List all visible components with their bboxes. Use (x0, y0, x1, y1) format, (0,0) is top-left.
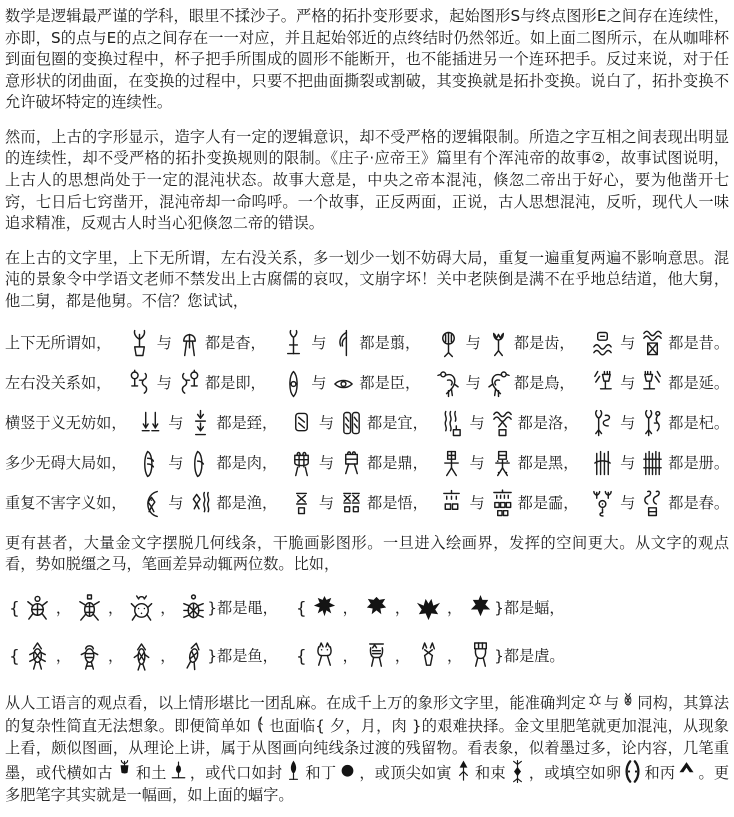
glyph-separator: ， (343, 598, 358, 620)
pair-result: 都是杳， (205, 333, 266, 355)
paragraph-conclusion: 从人工语言的观点看，以上情形堪比一团乱麻。在成千上万的象形文字里，能准确判定与同… (5, 691, 729, 807)
oracle-glyph-ling-1 (440, 488, 463, 520)
glyph-separator: ， (343, 646, 358, 668)
oracle-glyph-jian-1 (282, 328, 305, 360)
oracle-glyph-xi-2 (641, 328, 664, 360)
glyph-separator: ， (108, 598, 123, 620)
oracle-glyph-hei-1 (440, 448, 463, 480)
pair-separator: 与 (311, 333, 326, 355)
glyph-separator: ， (56, 598, 71, 620)
pair-separator: 与 (620, 373, 635, 395)
pair-separator: 与 (620, 453, 635, 475)
oracle-glyph-xi-1 (591, 328, 614, 360)
oracle-glyph-hu-2 (363, 640, 390, 673)
oracle-glyph-bat-4 (467, 592, 494, 625)
pair-result: 都是臸， (216, 413, 277, 435)
glyph-pair: 与都是册。 (591, 448, 729, 480)
oracle-glyph-chi-2 (487, 328, 510, 360)
text-run: 和丁 (305, 764, 336, 782)
pair-separator: 与 (620, 333, 635, 355)
oracle-glyph-luo-2 (491, 408, 514, 440)
glyph-pair: 与都是即， (128, 368, 266, 400)
oracle-glyph-ding-2 (340, 448, 363, 480)
row-label: 重复不害字义如， (5, 493, 127, 515)
oracle-glyph-ding-fat (338, 759, 357, 784)
row-label: 左右没关系如， (5, 373, 111, 395)
pair-separator: 与 (319, 493, 334, 515)
text-run: ，或顶尖如寅 (359, 764, 452, 782)
open-brace: { (9, 645, 20, 669)
oracle-glyph-moon (253, 714, 267, 735)
pair-result: 都是鼎， (367, 453, 428, 475)
glyph-pair: 与都是霝， (440, 488, 578, 520)
row-label: 上下无所谓如， (5, 333, 111, 355)
oracle-glyph-hu-1 (311, 640, 338, 673)
glyph-pair: 与都是春。 (591, 488, 729, 520)
pair-separator: 与 (157, 373, 172, 395)
open-brace: { (296, 645, 307, 669)
pair-separator: 与 (620, 493, 635, 515)
text-run: 与 (604, 694, 619, 712)
glyph-separator: ， (160, 646, 175, 668)
set-result: }都是虘。 (494, 646, 564, 668)
glyph-separator: ， (447, 646, 462, 668)
oracle-glyph-bing-fat (677, 759, 696, 784)
paragraph-zhuangzi: 然而，上古的字形显示，造字人有一定的逻辑意识，却不受严格的逻辑限制。所造之字互相… (5, 127, 729, 235)
oracle-glyph-tu-fat (169, 759, 188, 784)
open-brace: { (9, 597, 20, 621)
oracle-glyph-yao-2 (178, 328, 201, 360)
oracle-glyph-frog-3 (128, 592, 155, 625)
pair-result: 都是渔， (216, 493, 277, 515)
pair-separator: 与 (469, 413, 484, 435)
oracle-variant-row: 左右没关系如，与都是即，与都是臣，与都是鳥，与都是延。 (5, 366, 729, 403)
glyph-pair: 与都是黑， (440, 448, 578, 480)
oracle-glyph-chen-1 (282, 368, 305, 400)
oracle-glyph-chen-2 (332, 368, 355, 400)
glyph-pair: 与都是臸， (139, 408, 277, 440)
oracle-glyph-yu-2 (189, 488, 212, 520)
glyph-pair: 与都是肉， (139, 448, 277, 480)
set-result: }都是黽， (207, 598, 277, 620)
oracle-glyph-chi-1 (437, 328, 460, 360)
oracle-glyph-fish-4 (180, 640, 207, 673)
text-run: ，或填空如卵 (529, 764, 622, 782)
oracle-glyph-fish-3 (128, 640, 155, 673)
glyph-pair: 与都是延。 (591, 368, 729, 400)
pair-result: 都是翦， (359, 333, 420, 355)
pair-separator: 与 (319, 413, 334, 435)
pair-result: 都是臣， (359, 373, 420, 395)
pair-result: 都是宜， (367, 413, 428, 435)
glyph-pair: 与都是昔。 (591, 328, 729, 360)
oracle-glyph-rou-1 (139, 448, 162, 480)
paragraph-topology: 数学是逻辑最严谨的学科，眼里不揉沙子。严格的拓扑变形要求，起始图形S与终点图形E… (5, 6, 729, 114)
oracle-glyph-yan-2 (641, 368, 664, 400)
oracle-variant-row: 横竖于义无妨如，与都是臸，与都是宜，与都是洛，与都是杞。 (5, 406, 729, 443)
oracle-variant-row: 多少无碍大局如，与都是肉，与都是鼎，与都是黑，与都是册。 (5, 446, 729, 483)
oracle-glyph-frog-2 (76, 592, 103, 625)
oracle-glyph-ce-1 (591, 448, 614, 480)
oracle-glyph-yin-fat (454, 759, 473, 784)
pair-result: 都是霝， (518, 493, 579, 515)
oracle-glyph-ling-2 (491, 488, 514, 520)
oracle-glyph-wu-1 (290, 488, 313, 520)
glyph-separator: ， (395, 646, 410, 668)
glyph-separator: ， (447, 598, 462, 620)
pair-result: 都是册。 (668, 453, 729, 475)
pair-separator: 与 (311, 373, 326, 395)
oracle-glyph-ding-1 (290, 448, 313, 480)
oracle-glyph-fish-1 (24, 640, 51, 673)
text-run: 从人工语言的观点看，以上情形堪比一团乱麻。在成千上万的象形文字里，能准确判定 (5, 694, 586, 712)
oracle-glyph-zhi-1 (139, 408, 162, 440)
oracle-glyph-rou-2 (189, 448, 212, 480)
glyph-pair: 与都是杳， (128, 328, 266, 360)
pair-result: 都是悟， (367, 493, 428, 515)
set-result: }都是鱼， (207, 646, 277, 668)
pair-result: 都是即， (205, 373, 266, 395)
glyph-pair: 与都是悟， (290, 488, 428, 520)
oracle-glyph-luan-fat (623, 759, 642, 784)
glyph-separator: ， (395, 598, 410, 620)
glyph-set: {，，，}都是蝠， (292, 589, 565, 629)
glyph-pair: 与都是宜， (290, 408, 428, 440)
oracle-glyph-sets: {，，，}都是黽，{，，，}都是蝠，{，，，}都是鱼，{，，，}都是虘。 (5, 589, 729, 677)
oracle-glyph-chun-2 (641, 488, 664, 520)
glyph-pair: 与都是杞。 (591, 408, 729, 440)
oracle-glyph-niao-2 (487, 368, 510, 400)
pair-result: 都是洛， (518, 413, 579, 435)
row-label: 横竖于义无妨如， (5, 413, 127, 435)
oracle-glyph-zhi-2 (189, 408, 212, 440)
oracle-glyph-feng-fat (284, 759, 303, 784)
glyph-pair: 与都是臣， (282, 368, 420, 400)
oracle-glyph-luo-1 (440, 408, 463, 440)
oracle-glyph-hu-3 (415, 640, 442, 673)
pair-result: 都是春。 (668, 493, 729, 515)
text-run: 和土 (136, 764, 167, 782)
glyph-pair: 与都是翦， (282, 328, 420, 360)
pair-result: 都是齿， (514, 333, 575, 355)
oracle-glyph-qi-2 (641, 408, 664, 440)
oracle-glyph-frog-4 (180, 592, 207, 625)
pair-separator: 与 (469, 493, 484, 515)
oracle-glyph-yu-1 (139, 488, 162, 520)
glyph-pair: 与都是鼎， (290, 448, 428, 480)
text-run: ，或代口如封 (190, 764, 283, 782)
pair-separator: 与 (168, 493, 183, 515)
pair-separator: 与 (466, 333, 481, 355)
row-label: 多少无碍大局如， (5, 453, 127, 475)
pair-result: 都是肉， (216, 453, 277, 475)
paragraph-bronze-script: 更有甚者，大量金文字摆脱几何线条，干脆画影图形。一旦进入绘画界，发挥的空间更大。… (5, 533, 729, 576)
oracle-variant-row: 上下无所谓如，与都是杳，与都是翦，与都是齿，与都是昔。 (5, 326, 729, 363)
open-brace: { (296, 597, 307, 621)
oracle-glyph-yao-1 (128, 328, 151, 360)
oracle-variant-row: 重复不害字义如，与都是渔，与都是悟，与都是霝，与都是春。 (5, 486, 729, 523)
oracle-glyph-iso-b (621, 691, 635, 712)
oracle-glyph-bat-3 (415, 592, 442, 625)
glyph-separator: ， (160, 598, 175, 620)
pair-separator: 与 (319, 453, 334, 475)
oracle-glyph-bat-1 (311, 592, 338, 625)
set-result: }都是蝠， (494, 598, 564, 620)
glyph-pair: 与都是齿， (437, 328, 575, 360)
oracle-variant-rows: 上下无所谓如，与都是杳，与都是翦，与都是齿，与都是昔。左右没关系如，与都是即，与… (5, 326, 729, 523)
oracle-glyph-niao-1 (437, 368, 460, 400)
pair-separator: 与 (168, 413, 183, 435)
paragraph-ancient-writing: 在上古的文字里，上下无所谓，左右没关系，多一划少一划不妨碍大局，重复一遍重复两遍… (5, 248, 729, 313)
glyph-pair: 与都是洛， (440, 408, 578, 440)
oracle-glyph-ce-2 (641, 448, 664, 480)
oracle-glyph-fish-2 (76, 640, 103, 673)
pair-result: 都是杞。 (668, 413, 729, 435)
glyph-set: {，，，}都是虘。 (292, 637, 565, 677)
glyph-set: {，，，}都是黽， (5, 589, 278, 629)
oracle-glyph-chun-1 (591, 488, 614, 520)
oracle-glyph-hei-2 (491, 448, 514, 480)
oracle-glyph-yi-2 (340, 408, 363, 440)
pair-separator: 与 (466, 373, 481, 395)
oracle-glyph-yan-1 (591, 368, 614, 400)
glyph-separator: ， (56, 646, 71, 668)
text-run: 和束 (475, 764, 506, 782)
glyph-pair: 与都是鳥， (437, 368, 575, 400)
oracle-glyph-wu-2 (340, 488, 363, 520)
glyph-pair: 与都是渔， (139, 488, 277, 520)
oracle-glyph-gu-fat (115, 759, 134, 784)
pair-separator: 与 (620, 413, 635, 435)
oracle-glyph-frog-1 (24, 592, 51, 625)
oracle-glyph-ji-2 (178, 368, 201, 400)
oracle-glyph-bat-2 (363, 592, 390, 625)
pair-separator: 与 (469, 453, 484, 475)
pair-result: 都是延。 (668, 373, 729, 395)
text-run: 和丙 (644, 764, 675, 782)
oracle-glyph-ji-1 (128, 368, 151, 400)
oracle-glyph-shu-fat (508, 759, 527, 784)
glyph-set: {，，，}都是鱼， (5, 637, 278, 677)
pair-separator: 与 (157, 333, 172, 355)
pair-result: 都是鳥， (514, 373, 575, 395)
oracle-glyph-hu-4 (467, 640, 494, 673)
pair-separator: 与 (168, 453, 183, 475)
oracle-glyph-iso-a (588, 691, 602, 712)
oracle-glyph-jian-2 (332, 328, 355, 360)
glyph-separator: ， (108, 646, 123, 668)
pair-result: 都是昔。 (668, 333, 729, 355)
oracle-glyph-yi-1 (290, 408, 313, 440)
pair-result: 都是黑， (518, 453, 579, 475)
oracle-glyph-qi-1 (591, 408, 614, 440)
